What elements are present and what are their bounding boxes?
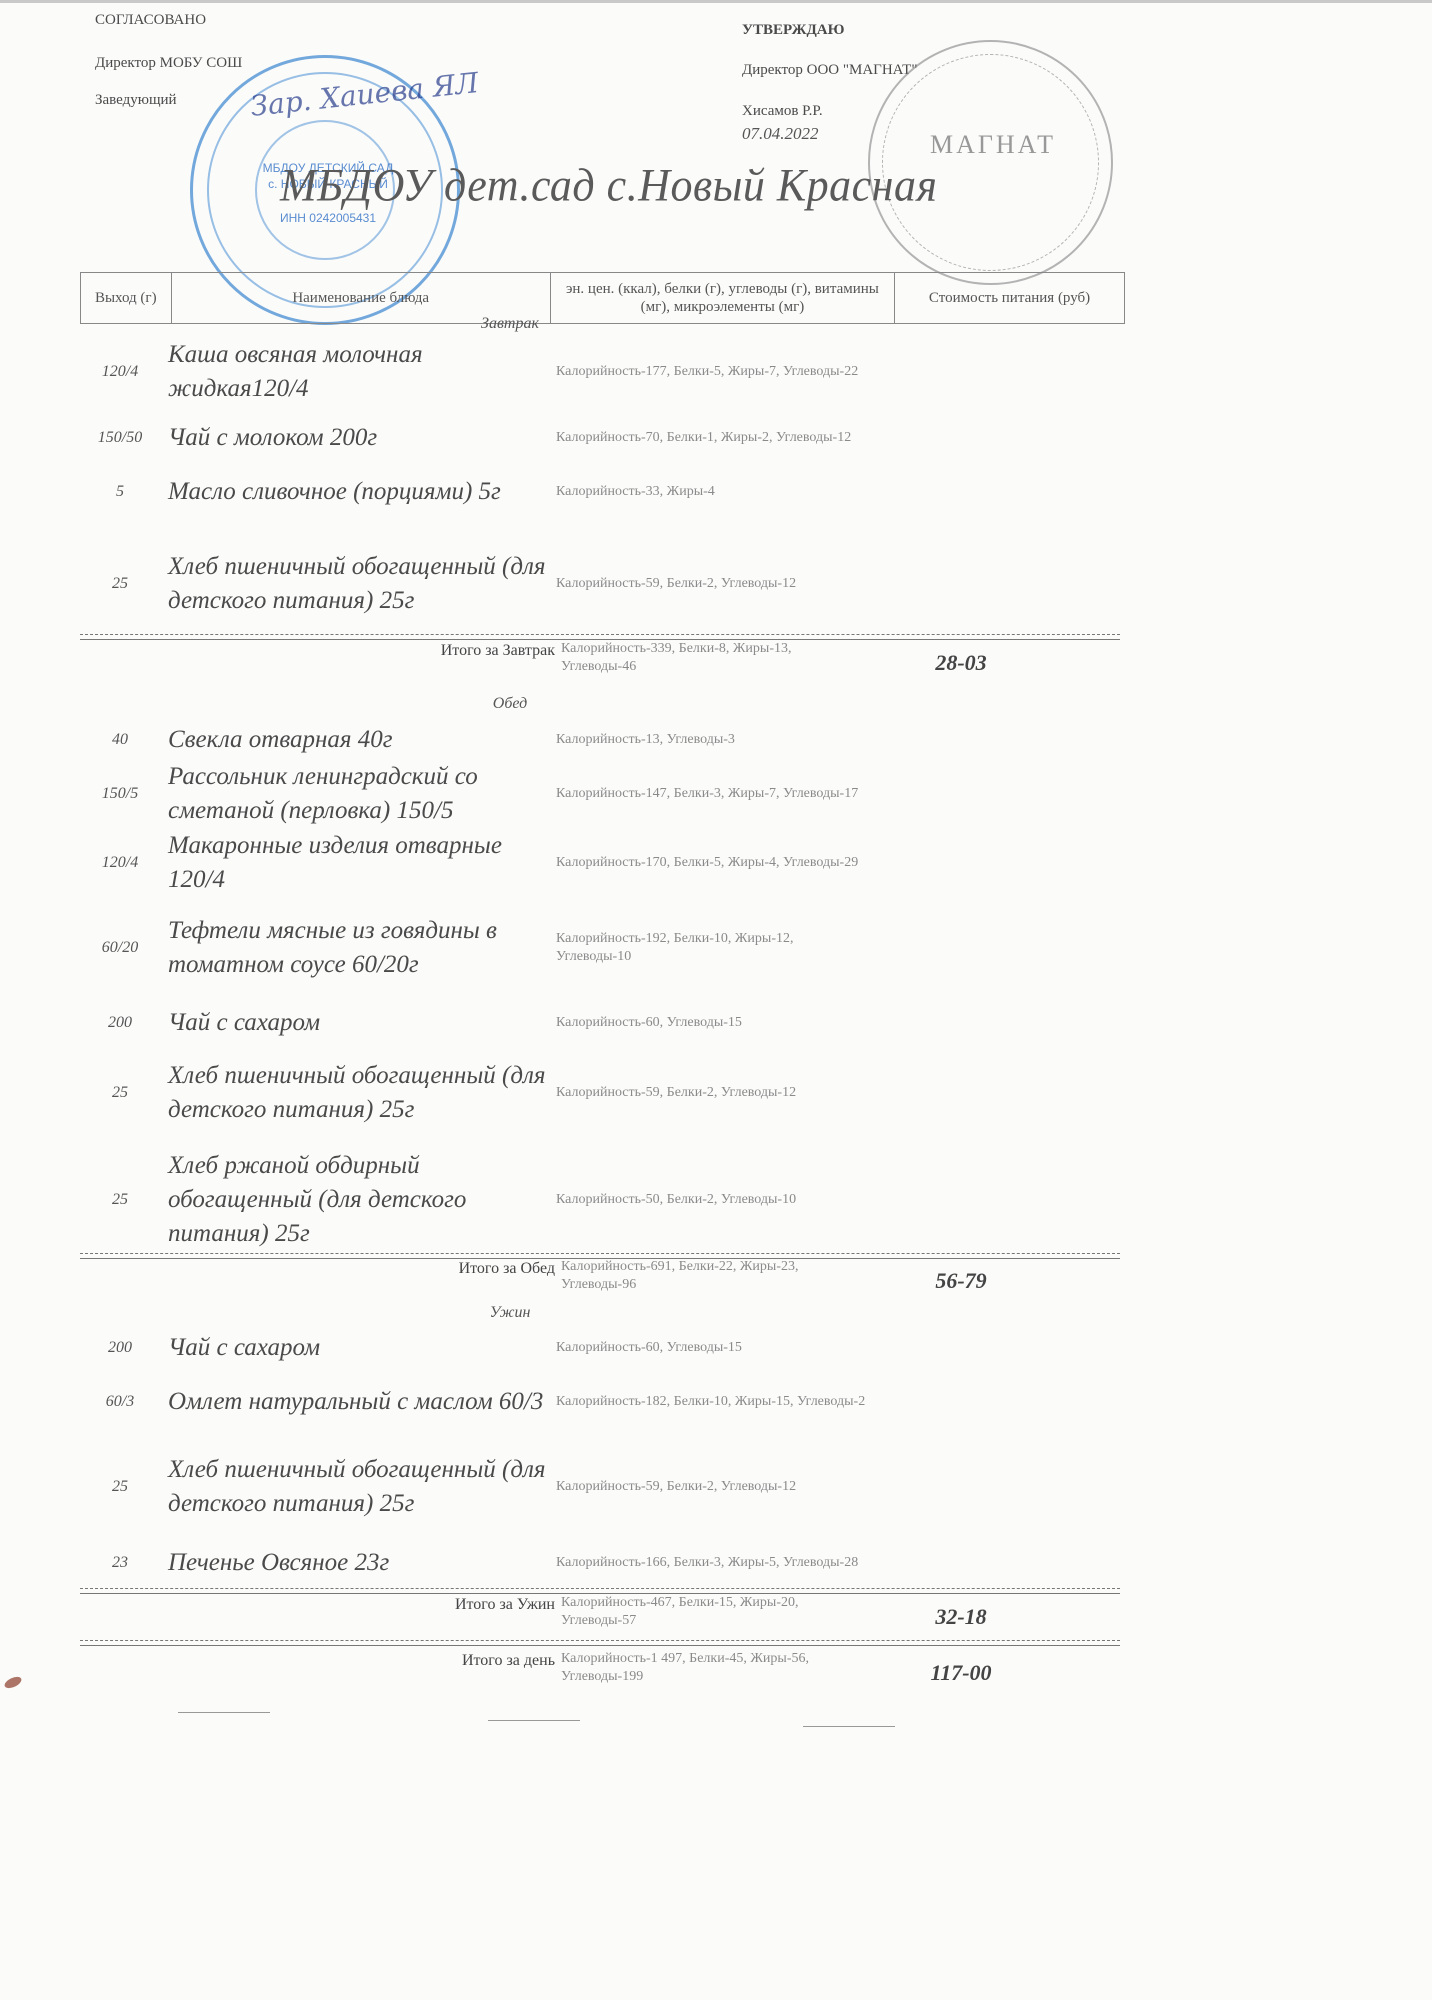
scan-edge — [0, 0, 1432, 3]
table-row: 60/20Тефтели мясные из говядины в томатн… — [80, 897, 1125, 999]
row-output: 23 — [80, 1554, 160, 1572]
row-nutrition: Калорийность-60, Углеводы-15 — [548, 1339, 866, 1357]
row-nutrition: Калорийность-147, Белки-3, Жиры-7, Углев… — [548, 785, 866, 803]
row-output: 60/20 — [80, 939, 160, 957]
row-nutrition: Калорийность-50, Белки-2, Углеводы-10 — [548, 1191, 866, 1209]
row-nutrition: Калорийность-192, Белки-10, Жиры-12, Угл… — [548, 930, 866, 966]
row-nutrition: Калорийность-166, Белки-3, Жиры-5, Углев… — [548, 1554, 866, 1572]
table-row: 25Хлеб ржаной обдирный обогащенный (для … — [80, 1150, 1125, 1250]
row-separator — [80, 1253, 1120, 1254]
row-nutrition: Калорийность-70, Белки-1, Жиры-2, Углево… — [548, 429, 866, 447]
row-nutrition: Калорийность-177, Белки-5, Жиры-7, Углев… — [548, 363, 866, 381]
meal-total-row: Итого за УжинКалорийность-467, Белки-15,… — [80, 1594, 1125, 1630]
row-dish: Хлеб пшеничный обогащенный (для детского… — [160, 550, 548, 618]
row-dish: Тефтели мясные из говядины в томатном со… — [160, 914, 548, 982]
row-dish: Чай с молоком 200г — [160, 421, 548, 455]
day-total-nutrition: Калорийность-1 497, Белки-45, Жиры-56, У… — [555, 1650, 861, 1686]
row-nutrition: Калорийность-59, Белки-2, Углеводы-12 — [548, 1478, 866, 1496]
row-output: 150/5 — [80, 785, 160, 803]
row-nutrition: Калорийность-59, Белки-2, Углеводы-12 — [548, 1084, 866, 1102]
day-total-row: Итого за деньКалорийность-1 497, Белки-4… — [80, 1650, 1125, 1686]
table-header: Выход (г) Наименование блюда эн. цен. (к… — [80, 272, 1125, 324]
table-row: 150/50Чай с молоком 200гКалорийность-70,… — [80, 420, 1125, 456]
table-row: 25Хлеб пшеничный обогащенный (для детско… — [80, 534, 1125, 634]
row-output: 150/50 — [80, 429, 160, 447]
meal-section-title: Завтрак — [450, 315, 570, 333]
row-separator — [80, 1588, 1120, 1589]
row-nutrition: Калорийность-60, Углеводы-15 — [548, 1014, 866, 1032]
meal-section-title: Обед — [450, 695, 570, 713]
row-dish: Хлеб ржаной обдирный обогащенный (для де… — [160, 1149, 548, 1251]
table-row: 150/5Рассольник ленинградский со сметано… — [80, 760, 1125, 828]
meal-total-cost: 56-79 — [861, 1258, 1061, 1294]
col-cost: Стоимость питания (руб) — [894, 273, 1125, 323]
row-dish: Рассольник ленинградский со сметаной (пе… — [160, 760, 548, 828]
day-total-cost: 117-00 — [861, 1650, 1061, 1686]
meal-total-label: Итого за Обед — [80, 1258, 555, 1294]
meal-total-nutrition: Калорийность-691, Белки-22, Жиры-23, Угл… — [555, 1258, 861, 1294]
meal-total-label: Итого за Завтрак — [80, 640, 555, 676]
table-row: 200Чай с сахаромКалорийность-60, Углевод… — [80, 1330, 1125, 1366]
approval-date: 07.04.2022 — [742, 124, 819, 144]
table-row: 25Хлеб пшеничный обогащенный (для детско… — [80, 1437, 1125, 1537]
row-dish: Чай с сахаром — [160, 1331, 548, 1365]
table-row: 23Печенье Овсяное 23гКалорийность-166, Б… — [80, 1545, 1125, 1581]
stamp-line: ИНН 0242005431 — [258, 210, 398, 226]
table-row: 120/4Макаронные изделия отварные 120/4Ка… — [80, 830, 1125, 896]
row-output: 120/4 — [80, 363, 160, 381]
day-total-label: Итого за день — [80, 1650, 555, 1686]
row-nutrition: Калорийность-59, Белки-2, Углеводы-12 — [548, 575, 866, 593]
meal-total-cost: 32-18 — [861, 1594, 1061, 1630]
col-output: Выход (г) — [80, 273, 171, 323]
meal-section-title: Ужин — [450, 1304, 570, 1322]
table-row: 200Чай с сахаромКалорийность-60, Углевод… — [80, 1005, 1125, 1041]
table-row: 40Свекла отварная 40гКалорийность-13, Уг… — [80, 722, 1125, 758]
row-output: 120/4 — [80, 854, 160, 872]
table-row: 60/3Омлет натуральный с маслом 60/3Калор… — [80, 1368, 1125, 1436]
meal-total-cost: 28-03 — [861, 640, 1061, 676]
row-output: 5 — [80, 483, 160, 501]
signature-line — [803, 1726, 895, 1727]
approved-right-position: Директор ООО "МАГНАТ" — [742, 62, 917, 79]
row-nutrition: Калорийность-182, Белки-10, Жиры-15, Угл… — [548, 1393, 866, 1411]
row-nutrition: Калорийность-170, Белки-5, Жиры-4, Углев… — [548, 854, 866, 872]
ink-smudge — [3, 1675, 23, 1691]
meal-total-nutrition: Калорийность-467, Белки-15, Жиры-20, Угл… — [555, 1594, 861, 1630]
row-output: 25 — [80, 575, 160, 593]
row-output: 40 — [80, 731, 160, 749]
table-row: 25Хлеб пшеничный обогащенный (для детско… — [80, 1043, 1125, 1143]
row-separator — [80, 1640, 1120, 1641]
row-output: 60/3 — [80, 1393, 160, 1411]
meal-total-nutrition: Калорийность-339, Белки-8, Жиры-13, Угле… — [555, 640, 861, 676]
row-dish: Каша овсяная молочная жидкая120/4 — [160, 338, 548, 406]
row-output: 200 — [80, 1014, 160, 1032]
row-output: 25 — [80, 1478, 160, 1496]
approved-left-heading: СОГЛАСОВАНО — [95, 12, 206, 29]
row-dish: Хлеб пшеничный обогащенный (для детского… — [160, 1453, 548, 1521]
total-separator — [80, 1645, 1120, 1646]
row-dish: Хлеб пшеничный обогащенный (для детского… — [160, 1059, 548, 1127]
document-title: МБДОУ дет.сад с.Новый Красная — [280, 159, 937, 213]
row-dish: Чай с сахаром — [160, 1006, 548, 1040]
row-output: 25 — [80, 1191, 160, 1209]
meal-total-label: Итого за Ужин — [80, 1594, 555, 1630]
meal-total-row: Итого за ОбедКалорийность-691, Белки-22,… — [80, 1258, 1125, 1294]
row-nutrition: Калорийность-33, Жиры-4 — [548, 483, 866, 501]
row-output: 25 — [80, 1084, 160, 1102]
row-nutrition: Калорийность-13, Углеводы-3 — [548, 731, 866, 749]
table-row: 5Масло сливочное (порциями) 5гКалорийнос… — [80, 457, 1125, 527]
row-dish: Свекла отварная 40г — [160, 723, 548, 757]
row-dish: Макаронные изделия отварные 120/4 — [160, 829, 548, 897]
col-nutrition: эн. цен. (ккал), белки (г), углеводы (г)… — [550, 273, 894, 323]
approved-right-heading: УТВЕРЖДАЮ — [742, 22, 845, 39]
row-dish: Омлет натуральный с маслом 60/3 — [160, 1385, 548, 1419]
approved-left-role: Заведующий — [95, 92, 177, 109]
approved-right-name: Хисамов Р.Р. — [742, 103, 823, 120]
row-dish: Масло сливочное (порциями) 5г — [160, 475, 548, 509]
table-row: 120/4Каша овсяная молочная жидкая120/4Ка… — [80, 337, 1125, 407]
approved-left-position: Директор МОБУ СОШ — [95, 55, 242, 72]
signature-line — [178, 1712, 270, 1713]
meal-total-row: Итого за ЗавтракКалорийность-339, Белки-… — [80, 640, 1125, 676]
company-stamp-text: МАГНАТ — [908, 130, 1078, 160]
row-output: 200 — [80, 1339, 160, 1357]
signature-line — [488, 1720, 580, 1721]
row-separator — [80, 634, 1120, 635]
row-dish: Печенье Овсяное 23г — [160, 1546, 548, 1580]
